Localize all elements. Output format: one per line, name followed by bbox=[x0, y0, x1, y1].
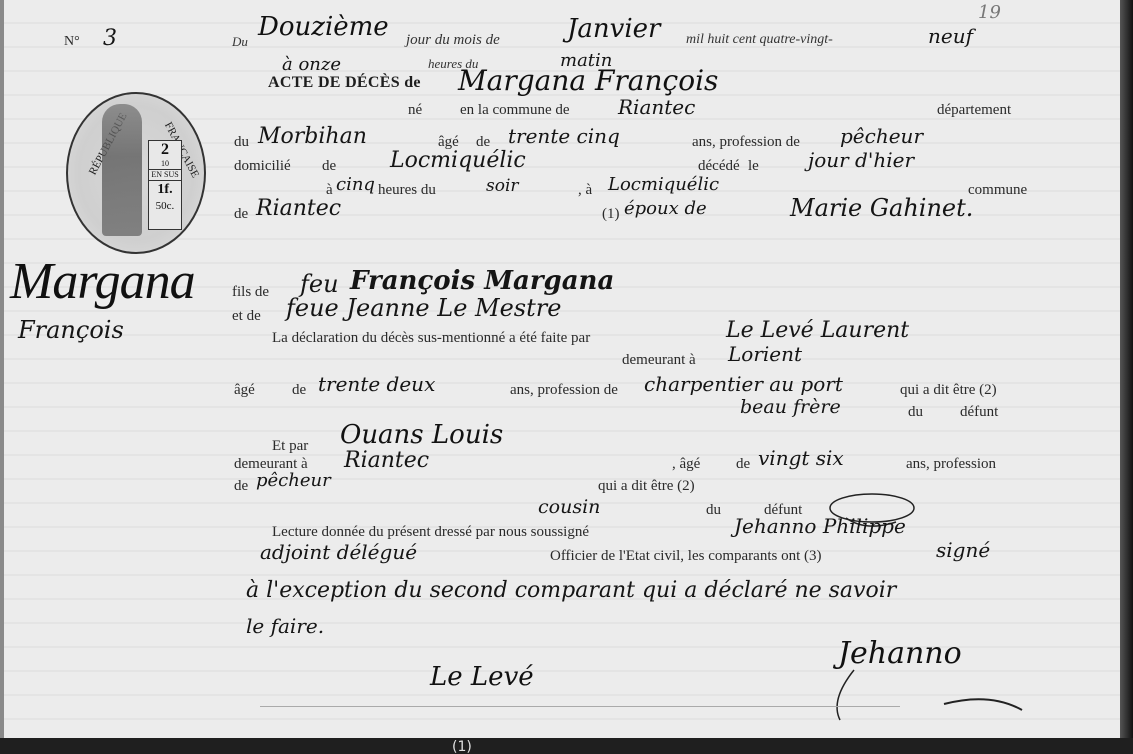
signature-baseline bbox=[260, 706, 900, 707]
witness-relation: cousin bbox=[538, 496, 600, 518]
l7-commune: commune bbox=[968, 182, 1027, 199]
l16-age: , âgé bbox=[672, 456, 700, 473]
witness-age: vingt six bbox=[758, 446, 844, 470]
declarant-residence: Lorient bbox=[728, 342, 802, 366]
spouse-relation: époux de bbox=[624, 198, 707, 219]
l1-jour-du-mois: jour du mois de bbox=[406, 32, 500, 49]
l15-et-par: Et par bbox=[272, 438, 308, 455]
record-number: 3 bbox=[103, 26, 117, 51]
witness-profession: pêcheur bbox=[256, 470, 331, 491]
declarant-name: Le Levé Laurent bbox=[726, 318, 909, 343]
page-binding-edge bbox=[0, 0, 4, 738]
l1-year-prefix: mil huit cent quatre-vingt- bbox=[686, 32, 833, 48]
l7-heures-du: heures du bbox=[378, 182, 436, 199]
time-hour: à onze bbox=[282, 54, 341, 75]
l14-du: du bbox=[908, 404, 923, 421]
birth-department: Morbihan bbox=[258, 124, 367, 149]
officer-signature-flourish-icon bbox=[810, 640, 1050, 730]
l13-profession: ans, profession de bbox=[510, 382, 618, 399]
viewer-bottom-bar: (1) bbox=[0, 738, 1133, 754]
record-number-label: N° bbox=[64, 34, 80, 50]
mother-name: feue Jeanne Le Mestre bbox=[286, 294, 561, 322]
l13-de: de bbox=[292, 382, 306, 399]
stamp-value-mid: 10 bbox=[149, 159, 181, 170]
l1-du: Du bbox=[232, 34, 248, 50]
declarant-age: trente deux bbox=[318, 372, 435, 396]
declarant-relation: beau frère bbox=[740, 396, 841, 418]
page-number: 19 bbox=[978, 2, 1001, 23]
stamp-value-bottom: 1f. bbox=[149, 181, 181, 199]
stamp-value-top: 2 bbox=[149, 141, 181, 159]
marianne-figure-icon bbox=[102, 104, 142, 236]
exception-note-end: le faire. bbox=[246, 614, 324, 638]
l4-departement: département bbox=[937, 102, 1011, 119]
l13-qui-a-dit: qui a dit être (2) bbox=[900, 382, 997, 399]
scanned-document-page: 19 N° 3 RÉPUBLIQUE FRANÇAISE 2 10 EN SUS… bbox=[0, 0, 1120, 738]
date-month: Janvier bbox=[567, 14, 661, 44]
l20-officier: Officier de l'Etat civil, les comparants… bbox=[550, 548, 822, 565]
l12-demeurant: demeurant à bbox=[622, 352, 696, 369]
stamp-value-cents: 50c. bbox=[149, 199, 181, 213]
deceased-residence: Locmiquélic bbox=[390, 148, 526, 173]
l10-et-de: et de bbox=[232, 308, 261, 325]
l19-lecture: Lecture donnée du présent dressé par nou… bbox=[272, 524, 589, 541]
l14-defunt: défunt bbox=[960, 404, 998, 421]
l17-qui-a-dit: qui a dit être (2) bbox=[598, 478, 695, 495]
birth-commune: Riantec bbox=[618, 95, 695, 119]
l18-du: du bbox=[706, 502, 721, 519]
l9-fils-de: fils de bbox=[232, 284, 269, 301]
exception-note: à l'exception du second comparant qui a … bbox=[246, 578, 896, 603]
l16-de: de bbox=[736, 456, 750, 473]
l17-de: de bbox=[234, 478, 248, 495]
l6-domicilie: domicilié bbox=[234, 158, 291, 175]
death-commune: Riantec bbox=[256, 196, 341, 221]
declarant-profession: charpentier au port bbox=[644, 372, 843, 396]
viewer-bottom-glyph: (1) bbox=[452, 740, 472, 754]
l4-ne: né bbox=[408, 102, 422, 119]
deceased-profession: pêcheur bbox=[840, 124, 923, 148]
l7-a-comma: , à bbox=[578, 182, 592, 199]
stamp-value-label: EN SUS bbox=[149, 170, 181, 181]
l5-du: du bbox=[234, 134, 249, 151]
spouse-name: Marie Gahinet. bbox=[790, 194, 973, 222]
l4-commune-de: en la commune de bbox=[460, 102, 570, 119]
witness-residence: Riantec bbox=[344, 448, 429, 473]
l13-age: âgé bbox=[234, 382, 255, 399]
l6-le: le bbox=[748, 158, 759, 175]
death-period: soir bbox=[486, 176, 519, 196]
page-right-edge bbox=[1120, 0, 1133, 738]
signed-status: signé bbox=[936, 538, 990, 562]
death-hour: cinq bbox=[336, 174, 375, 195]
father-name: François Margana bbox=[350, 266, 614, 296]
l16-profession: ans, profession bbox=[906, 456, 996, 473]
act-title: ACTE DE DÉCÈS de bbox=[268, 74, 421, 92]
l6-decede: décédé bbox=[698, 158, 740, 175]
date-year-suffix: neuf bbox=[928, 24, 973, 48]
deceased-age: trente cinq bbox=[508, 124, 620, 148]
witness-name: Ouans Louis bbox=[340, 420, 503, 450]
l5-profession: ans, profession de bbox=[692, 134, 800, 151]
l11-declaration: La déclaration du décès sus-mentionné a … bbox=[272, 330, 590, 347]
stamp-value-box: 2 10 EN SUS 1f. 50c. bbox=[148, 140, 182, 230]
declarant-signature: Le Levé bbox=[430, 662, 534, 692]
death-day: jour d'hier bbox=[808, 148, 914, 172]
death-place: Locmiquélic bbox=[608, 174, 719, 195]
officer-name: Jehanno Philippe bbox=[734, 514, 906, 538]
fiscal-stamp: RÉPUBLIQUE FRANÇAISE 2 10 EN SUS 1f. 50c… bbox=[66, 92, 206, 254]
margin-given-name: François bbox=[18, 316, 124, 344]
l8-note-1: (1) bbox=[602, 206, 620, 223]
l6-de: de bbox=[322, 158, 336, 175]
margin-surname: Margana bbox=[10, 252, 195, 311]
l8-de: de bbox=[234, 206, 248, 223]
deceased-name: Margana François bbox=[458, 64, 718, 97]
officer-title: adjoint délégué bbox=[260, 540, 417, 564]
date-day: Douzième bbox=[258, 12, 389, 42]
